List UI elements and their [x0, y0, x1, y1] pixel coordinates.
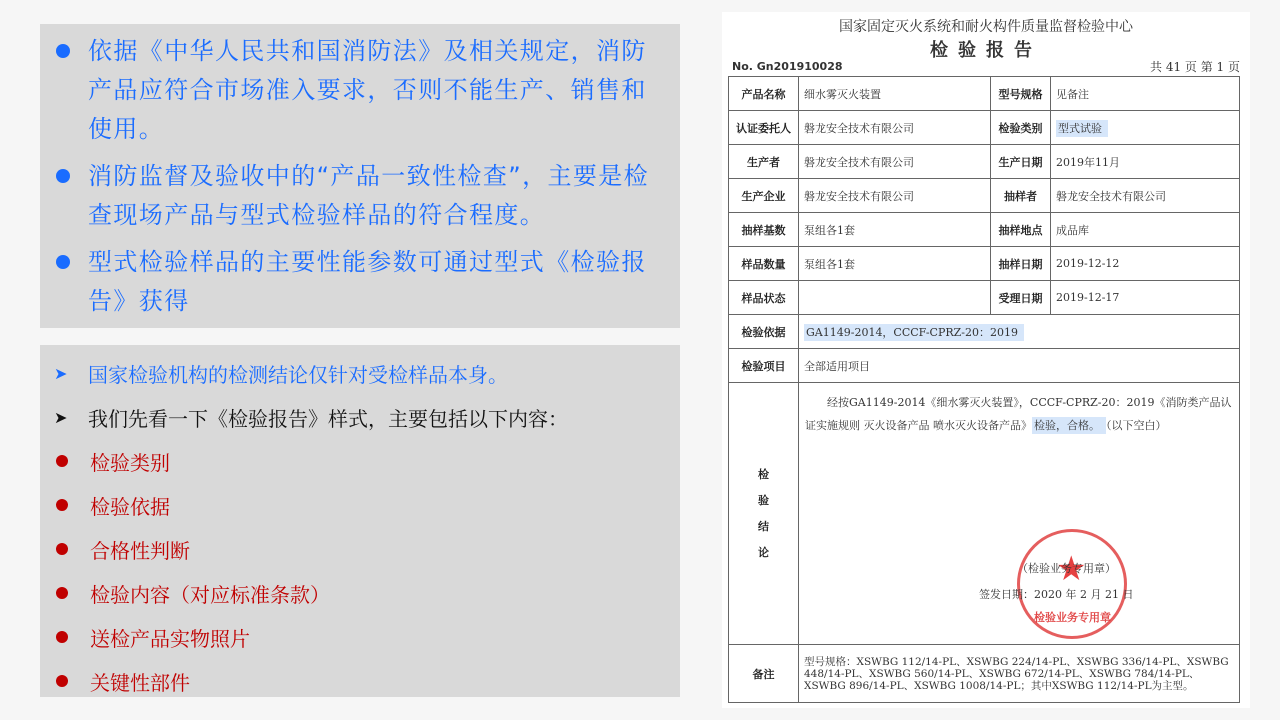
field-value: 磐龙安全技术有限公司 [1051, 179, 1240, 213]
bullet-dot-icon [56, 543, 68, 555]
highlighted-text: GA1149-2014，CCCF-CPRZ-20：2019 [804, 324, 1024, 341]
field-label: 检验项目 [729, 349, 799, 383]
arrow-bullet-icon: ➤ [54, 364, 68, 383]
content-item-text: 送检产品实物照片 [90, 623, 250, 652]
remark-value: 型号规格：XSWBG 112/14-PL、XSWBG 224/14-PL、XSW… [799, 645, 1240, 703]
highlighted-text: 型式试验 [1056, 120, 1108, 137]
field-label: 认证委托人 [729, 111, 799, 145]
content-item: 送检产品实物照片 [54, 615, 670, 659]
bullet-dot-icon [56, 44, 70, 58]
field-value: 全部适用项目 [799, 349, 1240, 383]
field-value: 2019-12-12 [1051, 247, 1240, 281]
bullet-dot-icon [56, 255, 70, 269]
bullet-dot-icon [56, 631, 68, 643]
field-value: 成品库 [1051, 213, 1240, 247]
inspection-basis-value: GA1149-2014，CCCF-CPRZ-20：2019 [799, 315, 1240, 349]
table-row: 产品名称 细水雾灭火装置 型号规格 见备注 [729, 77, 1240, 111]
field-label: 抽样地点 [991, 213, 1051, 247]
table-row: 生产企业 磐龙安全技术有限公司 抽样者 磐龙安全技术有限公司 [729, 179, 1240, 213]
seal-note: （检验业务专用章） [1017, 557, 1116, 580]
field-value [799, 281, 991, 315]
arrow-item-text: 国家检验机构的检测结论仅针对受检样品本身。 [88, 359, 508, 388]
conclusion-body: 经按GA1149-2014《细水雾灭火装置》，CCCF-CPRZ-20：2019… [805, 396, 1232, 432]
table-row: 检验项目 全部适用项目 [729, 349, 1240, 383]
field-label: 备注 [729, 645, 799, 703]
field-label: 受理日期 [991, 281, 1051, 315]
field-value: 泵组各1套 [799, 213, 991, 247]
field-value: 磐龙安全技术有限公司 [799, 179, 991, 213]
content-item-text: 检验依据 [90, 491, 170, 520]
highlighted-text: 检验，合格。 [1032, 417, 1106, 434]
table-row: 生产者 磐龙安全技术有限公司 生产日期 2019年11月 [729, 145, 1240, 179]
report-contents-panel: ➤ 国家检验机构的检测结论仅针对受检样品本身。 ➤ 我们先看一下《检验报告》样式… [40, 345, 680, 697]
stamp-text: 检验业务专用章 [1034, 606, 1111, 629]
field-value: 见备注 [1051, 77, 1240, 111]
content-item: 关键性部件 [54, 659, 670, 703]
report-pages: 共 41 页 第 1 页 [1150, 58, 1240, 75]
conclusion-text: 经按GA1149-2014《细水雾灭火装置》，CCCF-CPRZ-20：2019… [805, 391, 1233, 437]
field-label: 样品状态 [729, 281, 799, 315]
table-row: 抽样基数 泵组各1套 抽样地点 成品库 [729, 213, 1240, 247]
intro-bullet: 消防监督及验收中的“产品一致性检查”，主要是检查现场产品与型式检验样品的符合程度… [54, 157, 670, 235]
field-value: 2019-12-17 [1051, 281, 1240, 315]
content-item-text: 检验类别 [90, 447, 170, 476]
intro-bullet: 型式检验样品的主要性能参数可通过型式《检验报告》获得 [54, 243, 670, 321]
issue-date: 签发日期：2020 年 2 月 21 日 [979, 583, 1133, 606]
conclusion-cell: 经按GA1149-2014《细水雾灭火装置》，CCCF-CPRZ-20：2019… [799, 383, 1240, 645]
label-char: 验 [734, 488, 793, 514]
field-label: 抽样者 [991, 179, 1051, 213]
bullet-dot-icon [56, 499, 68, 511]
content-item: 检验内容（对应标准条款） [54, 571, 670, 615]
field-label: 型号规格 [991, 77, 1051, 111]
remark-row: 备注 型号规格：XSWBG 112/14-PL、XSWBG 224/14-PL、… [729, 645, 1240, 703]
intro-bullet-text: 型式检验样品的主要性能参数可通过型式《检验报告》获得 [88, 243, 670, 321]
table-row: 样品数量 泵组各1套 抽样日期 2019-12-12 [729, 247, 1240, 281]
bullet-dot-icon [56, 455, 68, 467]
field-label: 样品数量 [729, 247, 799, 281]
inspection-type-value: 型式试验 [1051, 111, 1240, 145]
table-row: 认证委托人 磐龙安全技术有限公司 检验类别 型式试验 [729, 111, 1240, 145]
content-item-text: 关键性部件 [90, 667, 190, 696]
inspection-report: 国家固定灭火系统和耐火构件质量监督检验中心 检验报告 No. Gn2019100… [722, 12, 1250, 708]
table-row: 样品状态 受理日期 2019-12-17 [729, 281, 1240, 315]
field-label: 生产企业 [729, 179, 799, 213]
intro-bullet-text: 依据《中华人民共和国消防法》及相关规定，消防产品应符合市场准入要求，否则不能生产… [88, 32, 670, 149]
report-number: No. Gn201910028 [732, 60, 843, 73]
field-label: 检验类别 [991, 111, 1051, 145]
label-char: 检 [734, 462, 793, 488]
field-label: 生产者 [729, 145, 799, 179]
field-value: 磐龙安全技术有限公司 [799, 145, 991, 179]
field-value: 磐龙安全技术有限公司 [799, 111, 991, 145]
label-char: 论 [734, 540, 793, 566]
field-value: 2019年11月 [1051, 145, 1240, 179]
field-label: 产品名称 [729, 77, 799, 111]
field-label: 抽样日期 [991, 247, 1051, 281]
arrow-item: ➤ 国家检验机构的检测结论仅针对受检样品本身。 [54, 351, 670, 395]
arrow-item-text: 我们先看一下《检验报告》样式，主要包括以下内容： [88, 403, 568, 432]
content-item-text: 检验内容（对应标准条款） [90, 579, 330, 608]
field-value: 泵组各1套 [799, 247, 991, 281]
content-item: 合格性判断 [54, 527, 670, 571]
intro-panel: 依据《中华人民共和国消防法》及相关规定，消防产品应符合市场准入要求，否则不能生产… [40, 24, 680, 328]
field-label: 检验依据 [729, 315, 799, 349]
report-table: 产品名称 细水雾灭火装置 型号规格 见备注 认证委托人 磐龙安全技术有限公司 检… [728, 76, 1240, 703]
content-item-text: 合格性判断 [90, 535, 190, 564]
arrow-item: ➤ 我们先看一下《检验报告》样式，主要包括以下内容： [54, 395, 670, 439]
bullet-dot-icon [56, 675, 68, 687]
report-organization: 国家固定灭火系统和耐火构件质量监督检验中心 [722, 16, 1250, 36]
field-label: 生产日期 [991, 145, 1051, 179]
content-item: 检验类别 [54, 439, 670, 483]
table-row: 检验依据 GA1149-2014，CCCF-CPRZ-20：2019 [729, 315, 1240, 349]
arrow-bullet-icon: ➤ [54, 408, 68, 427]
intro-bullet: 依据《中华人民共和国消防法》及相关规定，消防产品应符合市场准入要求，否则不能生产… [54, 32, 670, 149]
field-label: 抽样基数 [729, 213, 799, 247]
content-item: 检验依据 [54, 483, 670, 527]
conclusion-row: 检 验 结 论 经按GA1149-2014《细水雾灭火装置》，CCCF-CPRZ… [729, 383, 1240, 645]
label-char: 结 [734, 514, 793, 540]
field-value: 细水雾灭火装置 [799, 77, 991, 111]
intro-bullet-text: 消防监督及验收中的“产品一致性检查”，主要是检查现场产品与型式检验样品的符合程度… [88, 157, 670, 235]
bullet-dot-icon [56, 169, 70, 183]
bullet-dot-icon [56, 587, 68, 599]
conclusion-label: 检 验 结 论 [729, 383, 799, 645]
conclusion-tail: （以下空白） [1106, 419, 1167, 432]
